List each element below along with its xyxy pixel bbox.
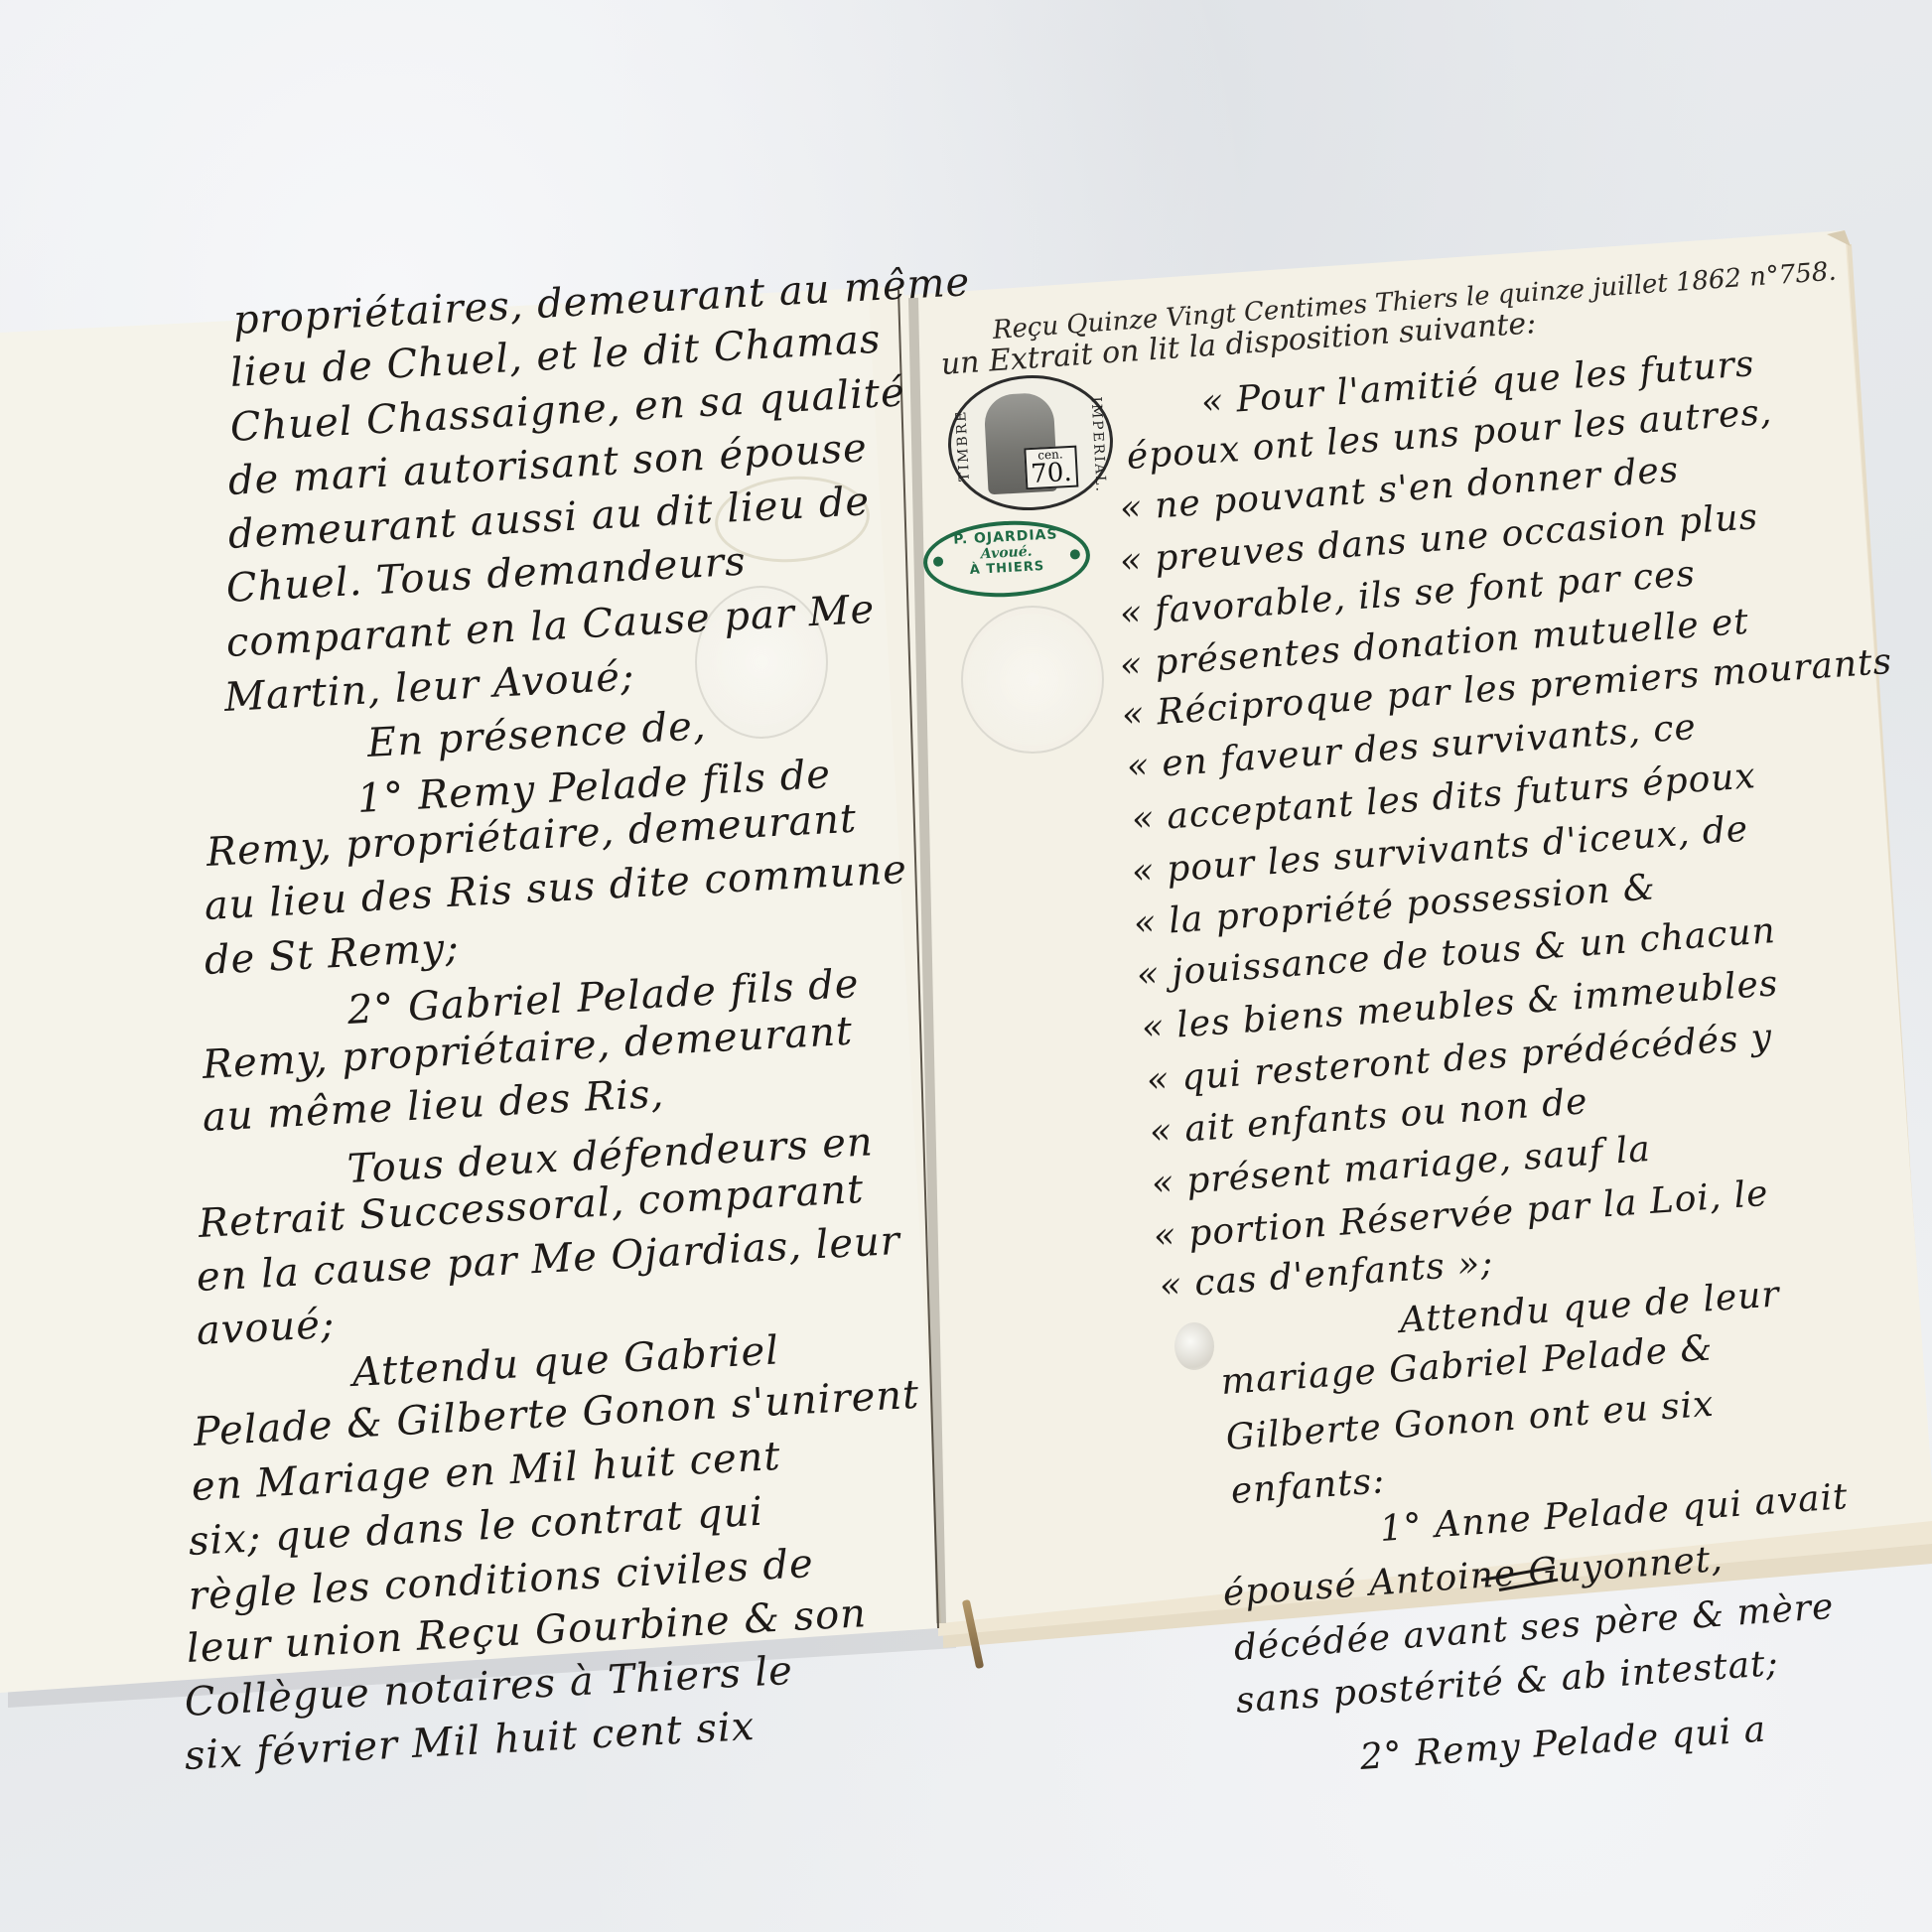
stamp-value-box: cen. 70. xyxy=(1024,446,1078,490)
document-photo: TIMBRE IMPERIAL. cen. 70. P. OJARDIAS Av… xyxy=(0,0,1932,1932)
embossed-seal-right xyxy=(961,606,1104,754)
stamp-arc-left: TIMBRE xyxy=(953,409,973,482)
paper-dent xyxy=(1174,1322,1214,1370)
text-line: avoué; xyxy=(196,1302,337,1354)
